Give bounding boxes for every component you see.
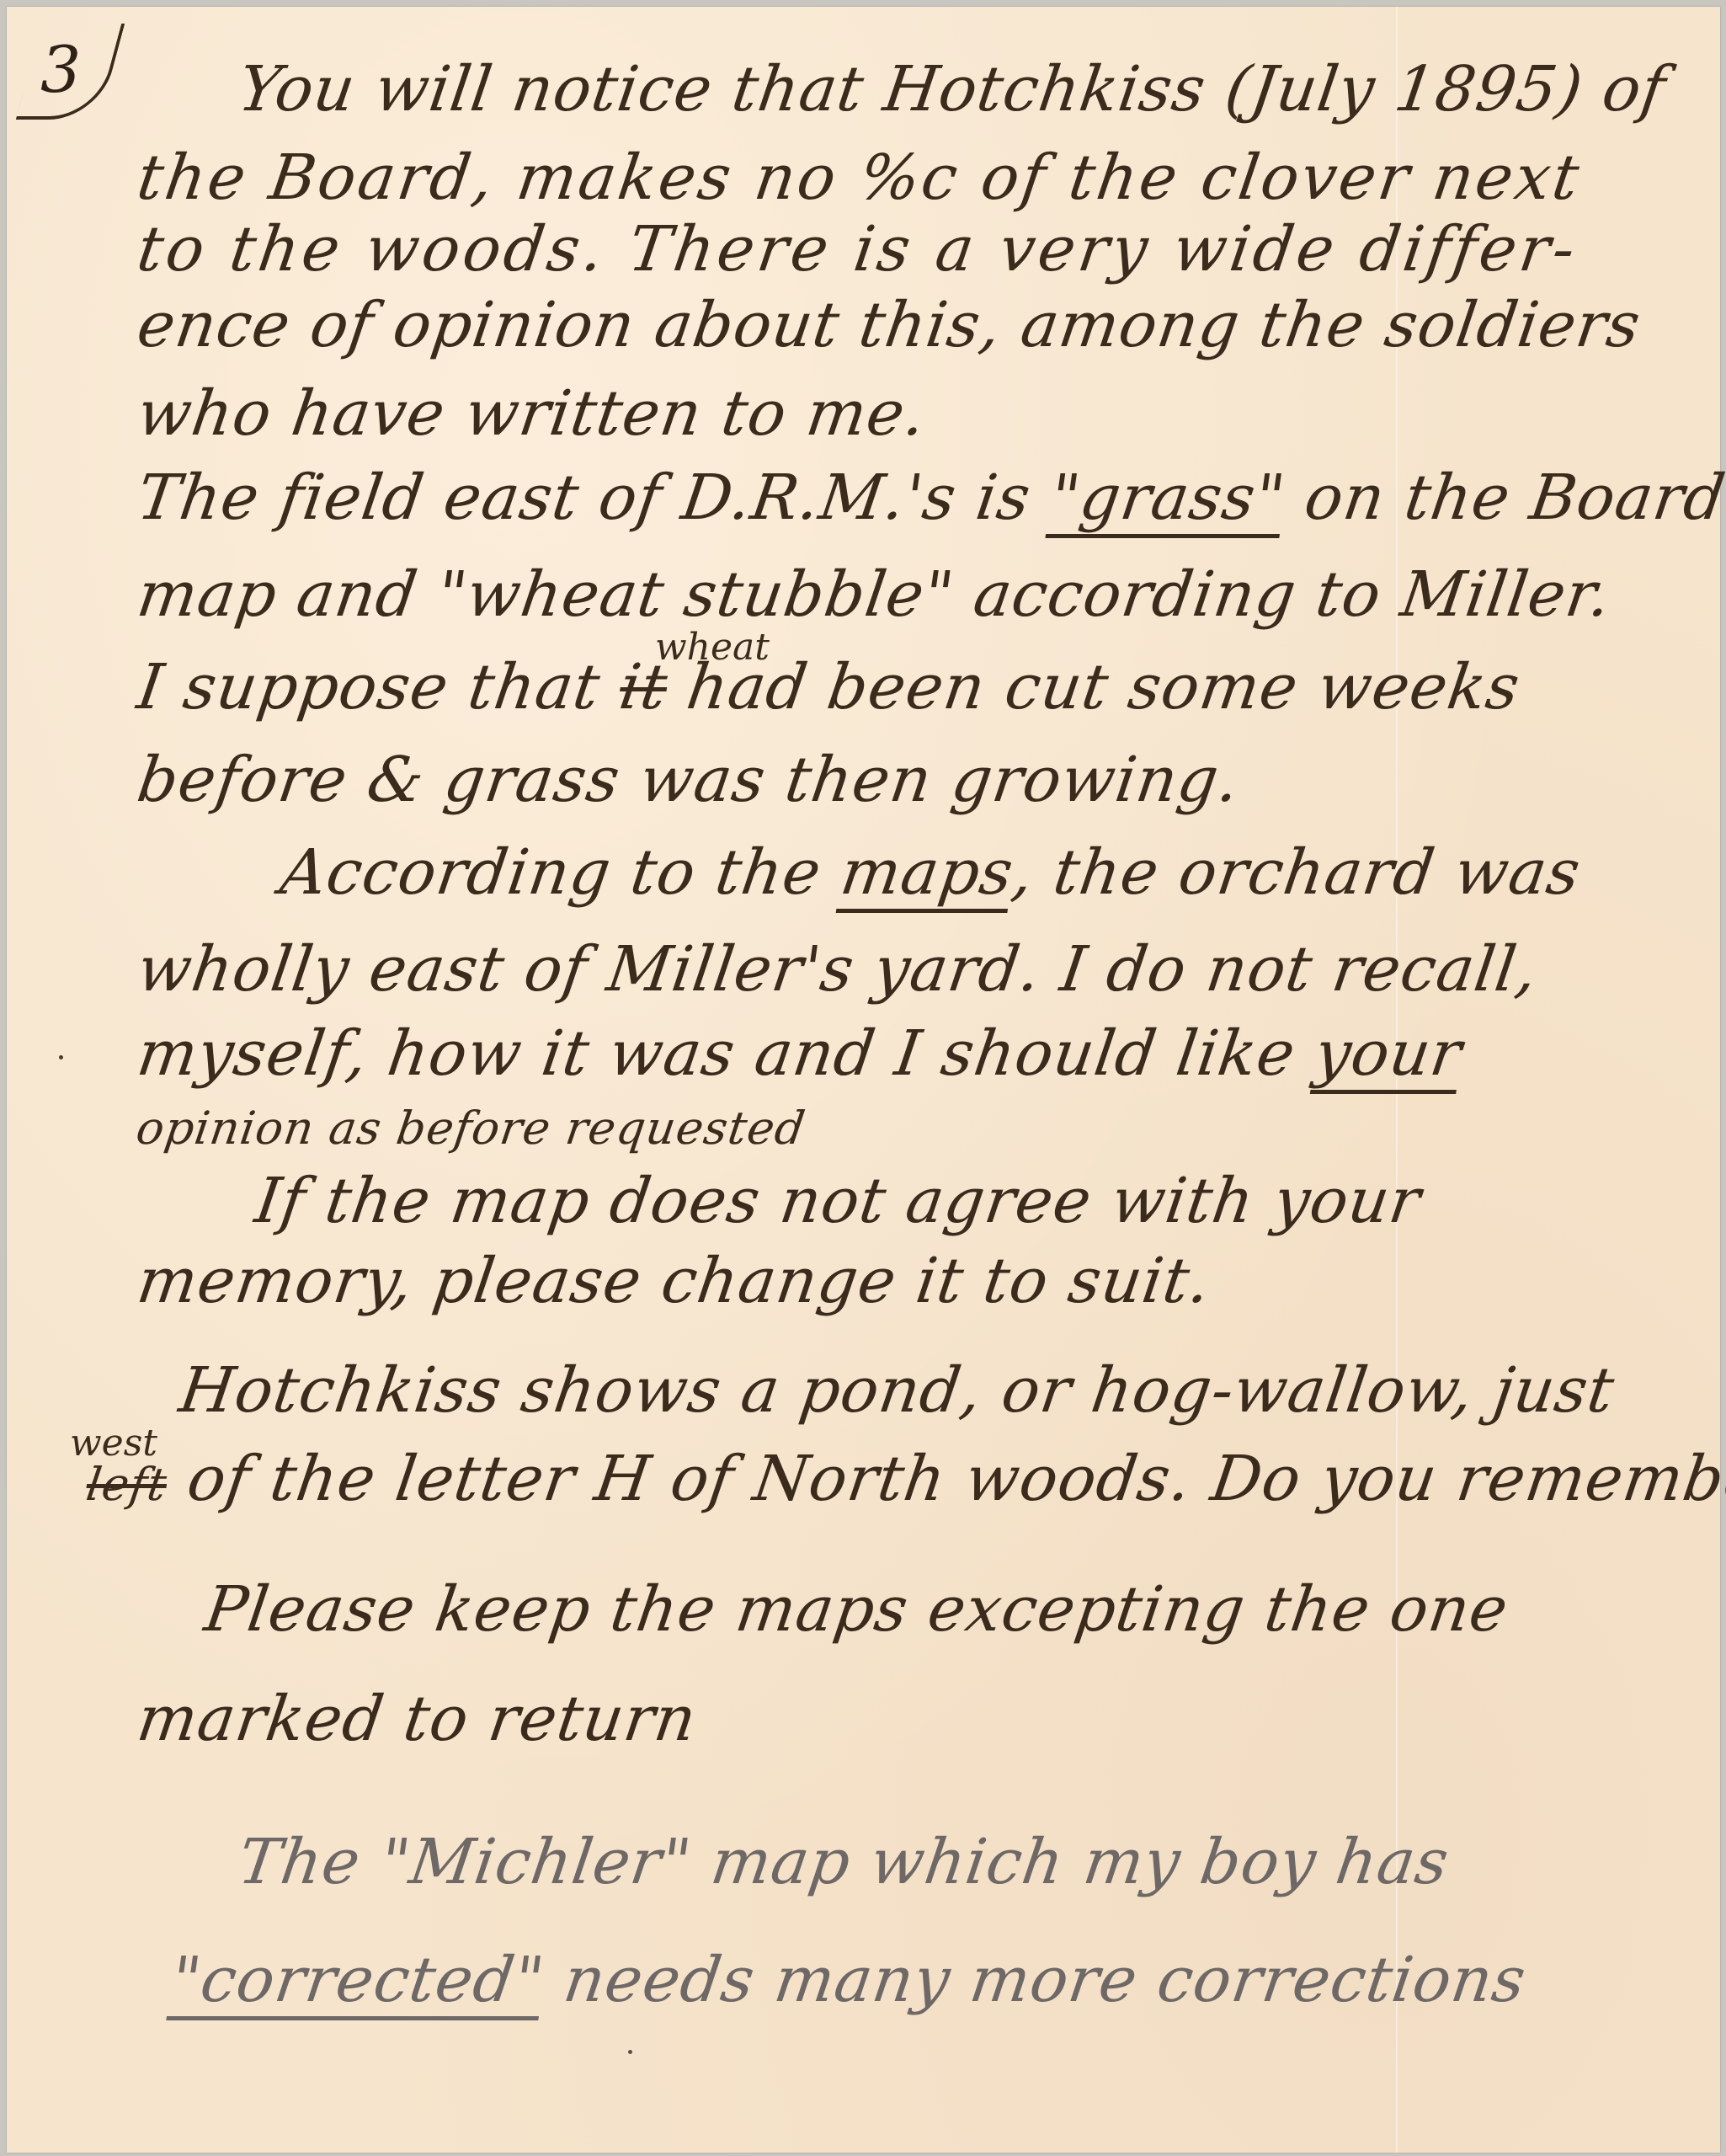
line-10-pre: According to the: [276, 836, 846, 909]
pencil-dot: [628, 2050, 632, 2054]
line-7: map and "wheat stubble" according to Mil…: [133, 558, 1616, 631]
line-12-pre: myself, how it was and I should like: [133, 1017, 1321, 1090]
line-12: myself, how it was and I should like you…: [133, 1017, 1467, 1090]
line-14: If the map does not agree with your: [251, 1165, 1425, 1237]
line-8-post: had been cut some weeks: [662, 651, 1525, 723]
line-11: wholly east of Miller's yard. I do not r…: [133, 933, 1542, 1006]
line-8-pre: I suppose that: [133, 651, 626, 723]
line-2: the Board, makes no %c of the clover nex…: [133, 141, 1585, 214]
page-number: 3: [40, 32, 81, 107]
underlined-maps: maps: [836, 836, 1018, 909]
line-17-post: of the letter H of North woods. Do you r…: [162, 1443, 1726, 1515]
line-20-pencil: The "Michler" map which my boy has: [234, 1826, 1453, 1898]
line-10: According to the maps, the orchard was: [276, 836, 1585, 909]
line-5: who have written to me.: [133, 377, 930, 450]
line-15: memory, please change it to suit.: [133, 1245, 1215, 1317]
letter-page: 3 You will notice that Hotchkiss (July 1…: [7, 7, 1720, 2153]
line-8: I suppose that it had been cut some week…: [133, 651, 1525, 723]
line-10-post: , the orchard was: [1008, 836, 1585, 909]
line-6: The field east of D.R.M.'s is "grass" on…: [133, 462, 1726, 534]
line-16: Hotchkiss shows a pond, or hog-wallow, j…: [175, 1354, 1619, 1427]
line-9: before & grass was then growing.: [133, 744, 1244, 816]
underlined-your: your: [1310, 1017, 1466, 1090]
underlined-corrected: "corrected": [167, 1944, 549, 2016]
line-6-post: on the Board: [1280, 462, 1726, 534]
line-21-pencil: "corrected" needs many more corrections: [167, 1944, 1531, 2016]
line-18: Please keep the maps excepting the one: [200, 1573, 1513, 1646]
underlined-grass: "grass": [1046, 462, 1290, 534]
line-4: ence of opinion about this, among the so…: [133, 289, 1645, 361]
line-3: to the woods. There is a very wide diffe…: [133, 213, 1583, 286]
margin-ink-dot: [59, 1055, 63, 1059]
struck-left: left: [83, 1458, 171, 1511]
line-17: left of the letter H of North woods. Do …: [83, 1443, 1726, 1515]
line-6-pre: The field east of D.R.M.'s is: [133, 462, 1056, 534]
line-19: marked to return: [133, 1683, 701, 1755]
line-1: You will notice that Hotchkiss (July 189…: [234, 53, 1670, 125]
line-21-post: needs many more corrections: [539, 1944, 1531, 2016]
line-13: opinion as before requested: [133, 1102, 809, 1155]
